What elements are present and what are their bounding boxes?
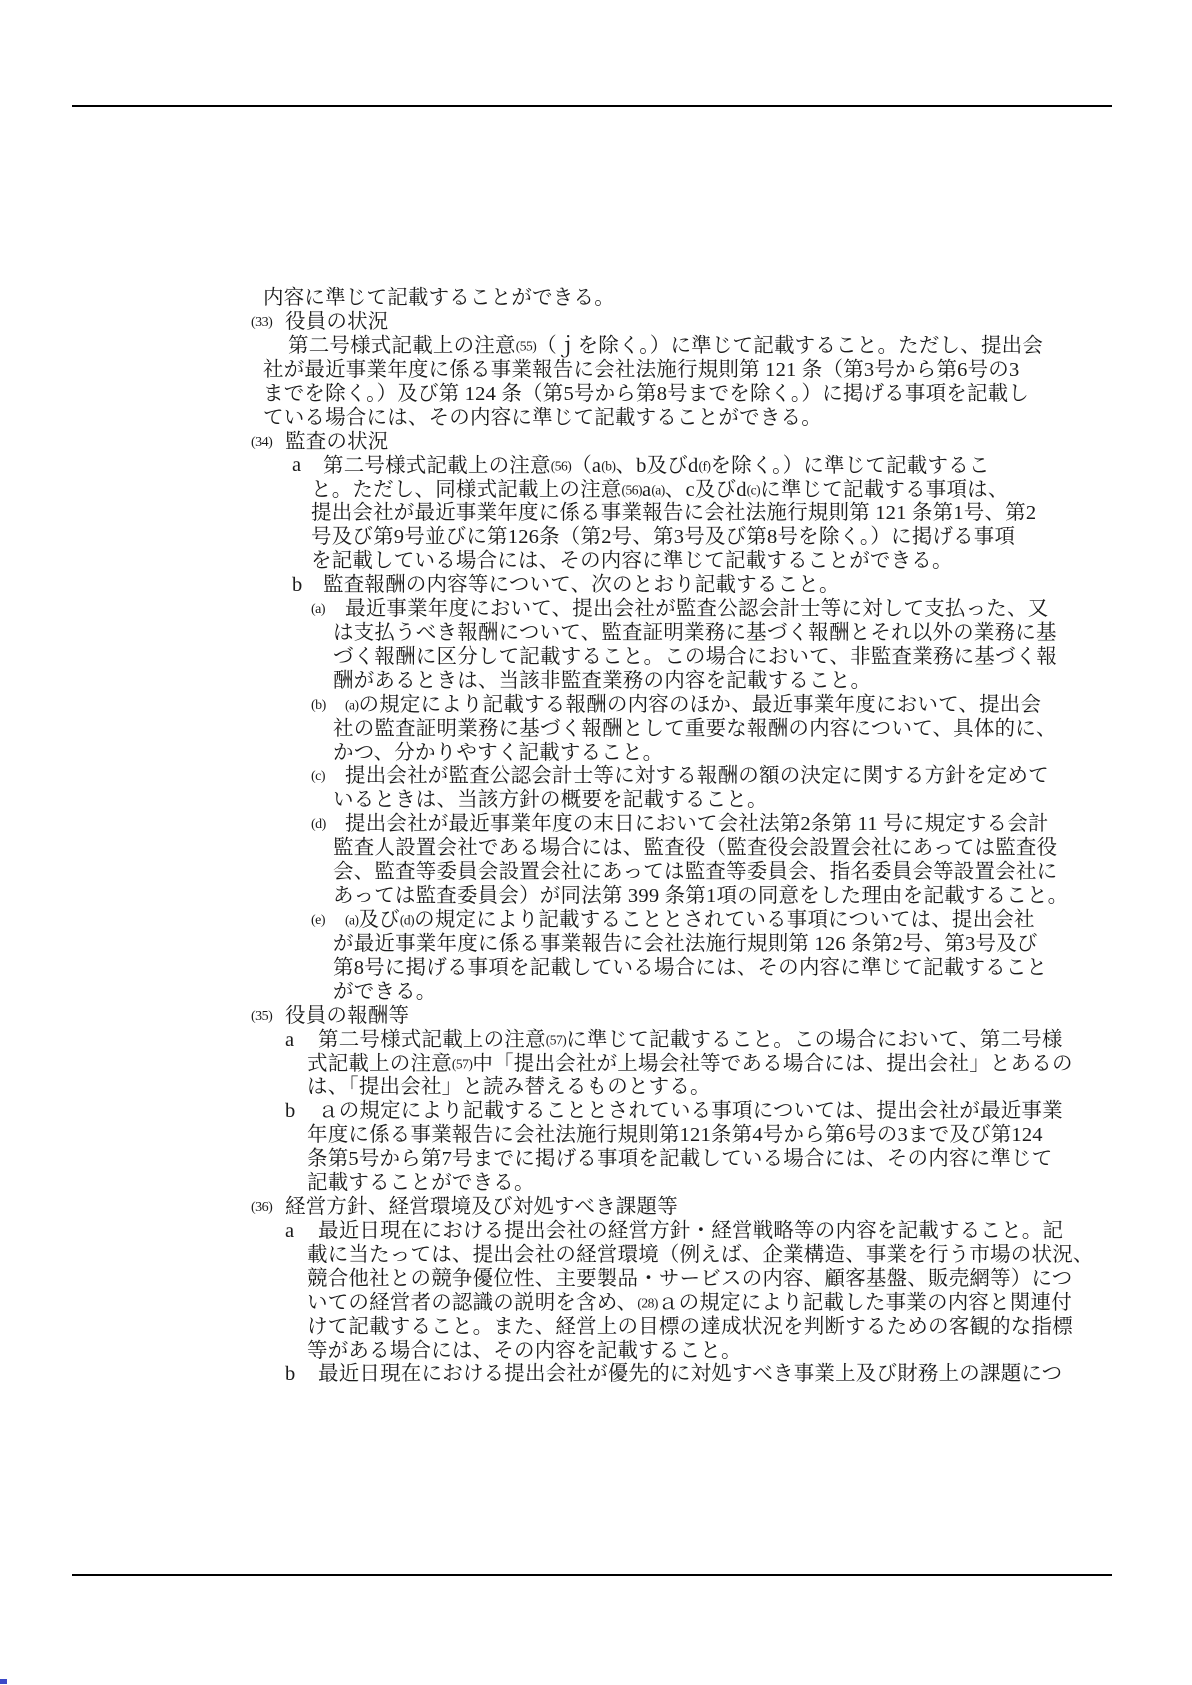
- text-line: いるときは、当該方針の概要を記載すること。: [0, 789, 1192, 813]
- item-marker: b: [285, 1100, 295, 1124]
- line-text: ができる。: [333, 981, 437, 1003]
- line-text: いるときは、当該方針の概要を記載すること。: [333, 789, 768, 811]
- line-text: 載に当たっては、提出会社の経営環境（例えば、企業構造、事業を行う市場の状況、: [307, 1244, 1094, 1266]
- text-line: 記載することができる。: [0, 1172, 1192, 1196]
- text-line: 内容に準じて記載することができる。: [0, 287, 1192, 311]
- text-line: 社が最近事業年度に係る事業報告に会社法施行規則第 121 条（第3号から第6号の…: [0, 359, 1192, 383]
- text-line: 酬があるときは、当該非監査業務の内容を記載すること。: [0, 670, 1192, 694]
- line-text: (a)及び(d)の規定により記載することとされている事項については、提出会社: [345, 909, 1035, 931]
- text-line: (b)(a)の規定により記載する報酬の内容のほか、最近事業年度において、提出会: [0, 694, 1192, 718]
- document-page: 内容に準じて記載することができる。(33)役員の状況第二号様式記載上の注意(55…: [0, 0, 1192, 1685]
- item-marker: a: [285, 1220, 294, 1244]
- bottom-rule: [72, 1574, 1112, 1576]
- note-ref: (55): [516, 339, 537, 354]
- text-line: 第二号様式記載上の注意(55)（ｊを除く。）に準じて記載すること。ただし、提出会: [0, 335, 1192, 359]
- line-text: ている場合には、その内容に準じて記載することができる。: [263, 407, 822, 429]
- item-marker: (c): [311, 765, 325, 789]
- line-text: 最近日現在における提出会社が優先的に対処すべき事業上及び財務上の課題につ: [318, 1363, 1062, 1385]
- text-line: bａの規定により記載することとされている事項については、提出会社が最近事業: [0, 1100, 1192, 1124]
- text-line: a最近日現在における提出会社の経営方針・経営戦略等の内容を記載すること。記: [0, 1220, 1192, 1244]
- note-ref: (a): [345, 698, 358, 713]
- line-text: いての経営者の認識の説明を含め、(28)ａの規定により記載した事業の内容と関連付: [307, 1292, 1072, 1314]
- text-line: までを除く。）及び第 124 条（第5号から第8号までを除く。）に掲げる事項を記…: [0, 383, 1192, 407]
- text-line: を記載している場合には、その内容に準じて記載することができる。: [0, 550, 1192, 574]
- note-ref: (a): [345, 913, 358, 928]
- line-text: 役員の報酬等: [285, 1005, 409, 1027]
- text-line: づく報酬に区分して記載すること。この場合において、非監査業務に基づく報: [0, 646, 1192, 670]
- item-marker: b: [285, 1363, 295, 1387]
- note-ref: (56): [622, 482, 643, 497]
- line-text: 監査の状況: [285, 431, 389, 453]
- line-text: 第二号様式記載上の注意(56)（a(b)、b及びd(f)を除く。）に準じて記載す…: [323, 455, 990, 477]
- item-marker: (b): [311, 694, 326, 718]
- text-line: (e)(a)及び(d)の規定により記載することとされている事項については、提出会…: [0, 909, 1192, 933]
- line-text: 提出会社が監査公認会計士等に対する報酬の額の決定に関する方針を定めて: [345, 765, 1049, 787]
- text-line: が最近事業年度に係る事業報告に会社法施行規則第 126 条第2号、第3号及び: [0, 933, 1192, 957]
- line-text: 最近事業年度において、提出会社が監査公認会計士等に対して支払った、又: [345, 598, 1048, 620]
- line-text: までを除く。）及び第 124 条（第5号から第8号までを除く。）に掲げる事項を記…: [263, 383, 1029, 405]
- text-line: 競合他社との競争優位性、主要製品・サービスの内容、顧客基盤、販売網等）につ: [0, 1268, 1192, 1292]
- line-text: 競合他社との競争優位性、主要製品・サービスの内容、顧客基盤、販売網等）につ: [307, 1268, 1073, 1290]
- note-ref: (57): [546, 1033, 567, 1048]
- note-ref: (c): [747, 482, 760, 497]
- line-text: は支払うべき報酬について、監査証明業務に基づく報酬とそれ以外の業務に基: [333, 622, 1057, 644]
- note-ref: (57): [452, 1057, 473, 1072]
- text-line: 等がある場合には、その内容を記載すること。: [0, 1340, 1192, 1364]
- text-line: b監査報酬の内容等について、次のとおり記載すること。: [0, 574, 1192, 598]
- text-line: (a)最近事業年度において、提出会社が監査公認会計士等に対して支払った、又: [0, 598, 1192, 622]
- line-text: けて記載すること。また、経営上の目標の達成状況を判断するための客観的な指標: [307, 1316, 1073, 1338]
- item-marker: (35): [251, 1005, 272, 1029]
- text-line: 第8号に掲げる事項を記載している場合には、その内容に準じて記載すること: [0, 957, 1192, 981]
- text-line: 会、監査等委員会設置会社にあっては監査等委員会、指名委員会等設置会社に: [0, 861, 1192, 885]
- item-marker: (33): [251, 311, 272, 335]
- note-ref: (a): [651, 482, 664, 497]
- text-line: ている場合には、その内容に準じて記載することができる。: [0, 407, 1192, 431]
- line-text: あっては監査委員会）が同法第 399 条第1項の同意をした理由を記載すること。: [333, 885, 1068, 907]
- line-text: 内容に準じて記載することができる。: [263, 287, 615, 309]
- text-line: ができる。: [0, 981, 1192, 1005]
- line-text: 第二号様式記載上の注意(57)に準じて記載すること。この場合において、第二号様: [318, 1029, 1063, 1051]
- line-text: 号及び第9号並びに第126条（第2号、第3号及び第8号を除く。）に掲げる事項: [311, 526, 1015, 548]
- note-ref: (56): [551, 458, 572, 473]
- item-marker: (e): [311, 909, 325, 933]
- text-line: 年度に係る事業報告に会社法施行規則第121条第4号から第6号の3まで及び第124: [0, 1124, 1192, 1148]
- note-ref: (b): [601, 458, 615, 473]
- line-text: が最近事業年度に係る事業報告に会社法施行規則第 126 条第2号、第3号及び: [333, 933, 1038, 955]
- text-line: (34)監査の状況: [0, 431, 1192, 455]
- line-text: 記載することができる。: [307, 1172, 535, 1194]
- text-line: かつ、分かりやすく記載すること。: [0, 742, 1192, 766]
- line-text: 第8号に掲げる事項を記載している場合には、その内容に準じて記載すること: [333, 957, 1047, 979]
- text-line: (36)経営方針、経営環境及び対処すべき課題等: [0, 1196, 1192, 1220]
- text-line: 式記載上の注意(57)中「提出会社が上場会社等である場合には、提出会社」とあるの: [0, 1053, 1192, 1077]
- line-text: かつ、分かりやすく記載すること。: [333, 742, 663, 764]
- item-marker: a: [292, 454, 301, 478]
- text-line: a第二号様式記載上の注意(57)に準じて記載すること。この場合において、第二号様: [0, 1029, 1192, 1053]
- text-line: 号及び第9号並びに第126条（第2号、第3号及び第8号を除く。）に掲げる事項: [0, 526, 1192, 550]
- line-text: 提出会社が最近事業年度の末日において会社法第2条第 11 号に規定する会計: [345, 813, 1049, 835]
- text-line: 条第5号から第7号までに掲げる事項を記載している場合には、その内容に準じて: [0, 1148, 1192, 1172]
- line-text: ａの規定により記載することとされている事項については、提出会社が最近事業: [318, 1100, 1063, 1122]
- text-line: いての経営者の認識の説明を含め、(28)ａの規定により記載した事業の内容と関連付: [0, 1292, 1192, 1316]
- line-text: 役員の状況: [285, 311, 389, 333]
- line-text: 提出会社が最近事業年度に係る事業報告に会社法施行規則第 121 条第1号、第2: [311, 502, 1036, 524]
- item-marker: a: [285, 1029, 294, 1053]
- text-line: は支払うべき報酬について、監査証明業務に基づく報酬とそれ以外の業務に基: [0, 622, 1192, 646]
- line-text: づく報酬に区分して記載すること。この場合において、非監査業務に基づく報: [333, 646, 1057, 668]
- text-line: (33)役員の状況: [0, 311, 1192, 335]
- line-text: 第二号様式記載上の注意(55)（ｊを除く。）に準じて記載すること。ただし、提出会: [288, 335, 1043, 357]
- text-line: 社の監査証明業務に基づく報酬として重要な報酬の内容について、具体的に、: [0, 718, 1192, 742]
- note-ref: (f): [698, 458, 710, 473]
- item-marker: (a): [311, 598, 325, 622]
- text-line: 提出会社が最近事業年度に係る事業報告に会社法施行規則第 121 条第1号、第2: [0, 502, 1192, 526]
- text-line: 載に当たっては、提出会社の経営環境（例えば、企業構造、事業を行う市場の状況、: [0, 1244, 1192, 1268]
- item-marker: (34): [251, 431, 272, 455]
- text-line: 監査人設置会社である場合には、監査役（監査役会設置会社にあっては監査役: [0, 837, 1192, 861]
- line-text: 最近日現在における提出会社の経営方針・経営戦略等の内容を記載すること。記: [318, 1220, 1063, 1242]
- line-text: を記載している場合には、その内容に準じて記載することができる。: [311, 550, 953, 572]
- text-line: b最近日現在における提出会社が優先的に対処すべき事業上及び財務上の課題につ: [0, 1363, 1192, 1387]
- line-text: (a)の規定により記載する報酬の内容のほか、最近事業年度において、提出会: [345, 694, 1041, 716]
- item-marker: b: [292, 574, 302, 598]
- text-line: は、「提出会社」と読み替えるものとする。: [0, 1076, 1192, 1100]
- line-text: 社の監査証明業務に基づく報酬として重要な報酬の内容について、具体的に、: [333, 718, 1057, 740]
- line-text: 監査人設置会社である場合には、監査役（監査役会設置会社にあっては監査役: [333, 837, 1057, 859]
- line-text: は、「提出会社」と読み替えるものとする。: [307, 1076, 711, 1098]
- item-marker: (36): [251, 1196, 272, 1220]
- note-ref: (d): [400, 913, 414, 928]
- line-text: 条第5号から第7号までに掲げる事項を記載している場合には、その内容に準じて: [307, 1148, 1052, 1170]
- line-text: 酬があるときは、当該非監査業務の内容を記載すること。: [333, 670, 871, 692]
- text-line: けて記載すること。また、経営上の目標の達成状況を判断するための客観的な指標: [0, 1316, 1192, 1340]
- scan-artifact: [0, 1679, 7, 1684]
- text-line: あっては監査委員会）が同法第 399 条第1項の同意をした理由を記載すること。: [0, 885, 1192, 909]
- item-marker: (d): [311, 813, 326, 837]
- text-block: 内容に準じて記載することができる。(33)役員の状況第二号様式記載上の注意(55…: [0, 287, 1192, 1387]
- line-text: 監査報酬の内容等について、次のとおり記載すること。: [323, 574, 840, 596]
- line-text: と。ただし、同様式記載上の注意(56)a(a)、c及びd(c)に準じて記載する事…: [311, 479, 1009, 501]
- text-line: (c)提出会社が監査公認会計士等に対する報酬の額の決定に関する方針を定めて: [0, 765, 1192, 789]
- text-line: (35)役員の報酬等: [0, 1005, 1192, 1029]
- line-text: 会、監査等委員会設置会社にあっては監査等委員会、指名委員会等設置会社に: [333, 861, 1057, 883]
- top-rule: [72, 105, 1112, 107]
- line-text: 年度に係る事業報告に会社法施行規則第121条第4号から第6号の3まで及び第124: [307, 1124, 1043, 1146]
- text-line: a第二号様式記載上の注意(56)（a(b)、b及びd(f)を除く。）に準じて記載…: [0, 454, 1192, 478]
- text-line: (d)提出会社が最近事業年度の末日において会社法第2条第 11 号に規定する会計: [0, 813, 1192, 837]
- line-text: 等がある場合には、その内容を記載すること。: [307, 1340, 742, 1362]
- text-line: と。ただし、同様式記載上の注意(56)a(a)、c及びd(c)に準じて記載する事…: [0, 478, 1192, 502]
- line-text: 式記載上の注意(57)中「提出会社が上場会社等である場合には、提出会社」とあるの: [307, 1053, 1073, 1075]
- note-ref: (28): [637, 1296, 658, 1311]
- line-text: 経営方針、経営環境及び対処すべき課題等: [285, 1196, 678, 1218]
- line-text: 社が最近事業年度に係る事業報告に会社法施行規則第 121 条（第3号から第6号の…: [263, 359, 1019, 381]
